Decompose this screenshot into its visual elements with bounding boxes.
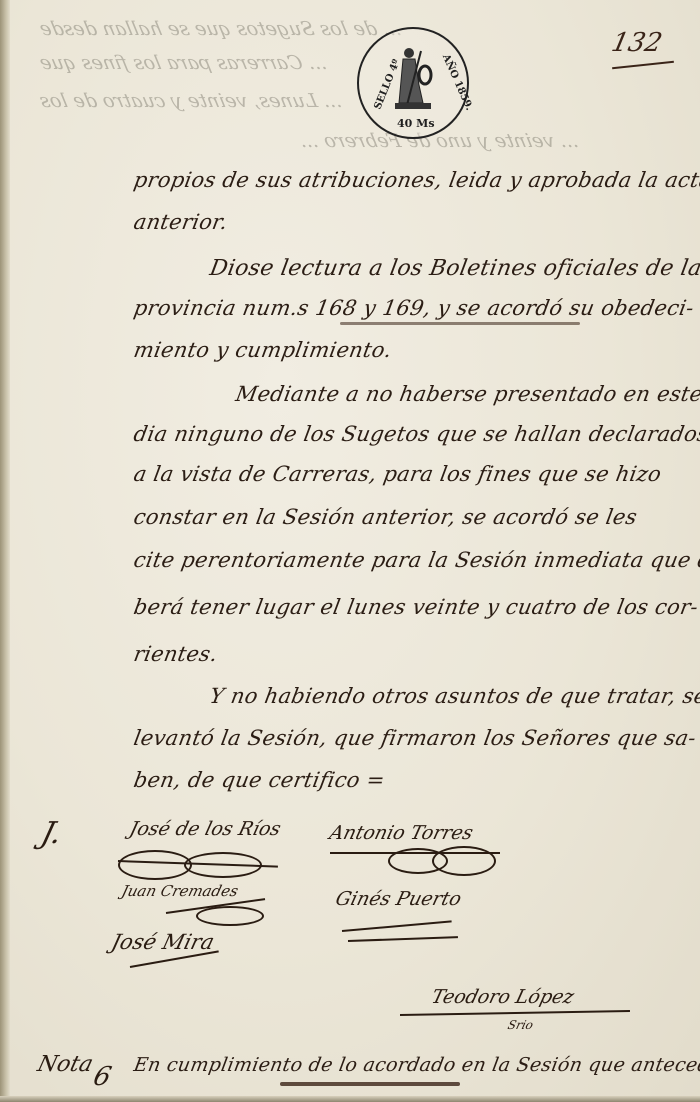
body-line: constar en la Sesión anterior, se acordó… bbox=[132, 505, 639, 529]
manuscript-page: ... de los Sugetos que se hallan desde .… bbox=[0, 0, 700, 1102]
body-line: miento y cumplimiento. bbox=[132, 338, 394, 362]
secretary-abbrev: Srio bbox=[506, 1018, 535, 1032]
signature: Juan Cremades bbox=[120, 882, 240, 900]
body-line: cite perentoriamente para la Sesión inme… bbox=[132, 548, 700, 572]
signature: José Mira bbox=[109, 930, 217, 954]
ink-underline bbox=[280, 1082, 460, 1086]
signature-flourish bbox=[342, 920, 452, 932]
signature: Antonio Torres bbox=[327, 822, 475, 844]
tax-stamp: SELLO 4º AÑO 1859. 40 Ms bbox=[357, 27, 469, 139]
signature: José de los Ríos bbox=[127, 818, 283, 840]
stamp-value-label: 40 Ms bbox=[397, 117, 435, 130]
body-line: dia ninguno de los Sugetos que se hallan… bbox=[132, 422, 700, 446]
bleed-through-line: ... Carreras para los fines que bbox=[38, 52, 329, 74]
bleed-through-line: ... veinte y uno de Febrero ... bbox=[298, 130, 581, 152]
body-line: ben, de que certifico = bbox=[132, 768, 387, 792]
body-line: Y no habiendo otros asuntos de que trata… bbox=[208, 684, 700, 708]
page-binding-edge bbox=[0, 0, 10, 1102]
allegorical-figure-icon bbox=[393, 45, 433, 111]
body-line: propios de sus atribuciones, leida y apr… bbox=[132, 168, 700, 192]
ink-underline bbox=[340, 322, 580, 325]
body-line: provincia num.s 168 y 169, y se acordó s… bbox=[132, 296, 696, 320]
signature: Teodoro López bbox=[429, 986, 576, 1008]
note-label: Nota bbox=[35, 1052, 96, 1077]
signature-flourish bbox=[330, 852, 500, 854]
folio-number: 132 bbox=[609, 28, 665, 58]
signature-flourish bbox=[348, 936, 458, 942]
body-line: levantó la Sesión, que firmaron los Seño… bbox=[132, 726, 698, 750]
body-line: Mediante a no haberse presentado en este bbox=[234, 382, 700, 406]
bleed-through-line: ... de los Sugetos que se hallan desde bbox=[38, 18, 404, 40]
margin-initial: J. bbox=[38, 816, 66, 851]
bleed-through-line: ... Lunes, veinte y cuatro de los bbox=[38, 90, 344, 112]
body-line: Diose lectura a los Boletines oficiales … bbox=[208, 256, 700, 281]
signature-flourish bbox=[432, 846, 496, 876]
folio-underline bbox=[612, 61, 674, 69]
signature: Ginés Puerto bbox=[333, 888, 463, 910]
body-line: berá tener lugar el lunes veinte y cuatr… bbox=[132, 595, 700, 619]
body-line: rientes. bbox=[132, 642, 220, 666]
note-number: 6 bbox=[90, 1062, 114, 1092]
signature-flourish bbox=[118, 850, 192, 880]
body-line: anterior. bbox=[132, 210, 230, 234]
stamp-year-label: AÑO 1859. bbox=[440, 53, 475, 113]
page-bottom-edge bbox=[0, 1096, 700, 1102]
signature-flourish bbox=[400, 1010, 630, 1016]
body-line: a la vista de Carreras, para los fines q… bbox=[132, 462, 663, 486]
signature-flourish bbox=[196, 906, 264, 926]
note-text: En cumplimiento de lo acordado en la Ses… bbox=[132, 1054, 700, 1076]
